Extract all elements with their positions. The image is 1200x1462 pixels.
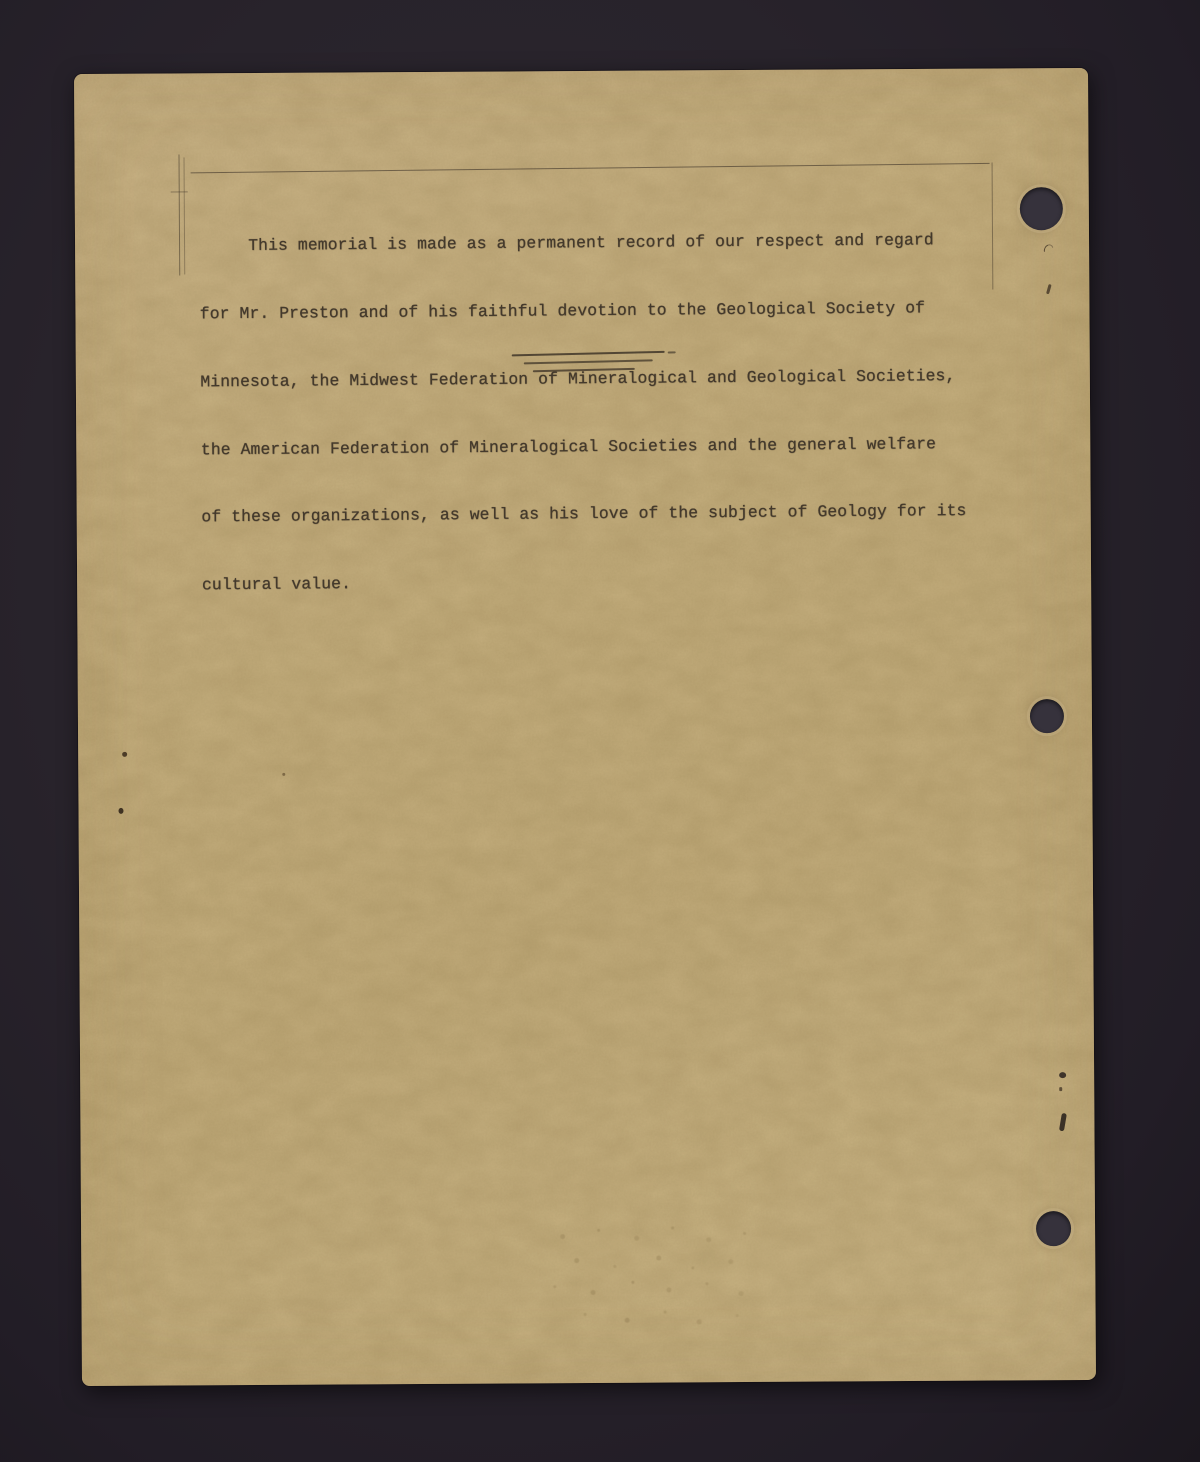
ink-speck — [1059, 1087, 1062, 1091]
document-page: This memorial is made as a permanent rec… — [74, 68, 1096, 1386]
ink-speck — [1046, 284, 1052, 294]
memorial-line: This memorial is made as a permanent rec… — [199, 229, 991, 258]
memorial-line: of these organizations, as well as his l… — [201, 500, 993, 529]
scanner-background: This memorial is made as a permanent rec… — [0, 0, 1200, 1462]
ink-speck — [122, 752, 127, 757]
memorial-line: cultural value. — [202, 568, 994, 597]
frame-rule-left-tick — [171, 191, 188, 192]
typed-divider-rule — [668, 351, 676, 353]
memorial-line: for Mr. Preston and of his faithful devo… — [200, 297, 992, 326]
frame-rule-top — [191, 163, 990, 174]
punch-hole-top — [1020, 187, 1063, 230]
memorial-line: the American Federation of Mineralogical… — [201, 432, 993, 461]
punch-hole-bottom — [1036, 1211, 1071, 1246]
ink-speck — [1059, 1113, 1066, 1131]
ink-speck — [118, 808, 123, 814]
memorial-paragraph: This memorial is made as a permanent rec… — [199, 184, 995, 642]
frame-rule-left-outer — [178, 154, 180, 275]
frame-rule-right — [992, 162, 994, 289]
ink-speck — [282, 773, 285, 776]
ink-speck — [1059, 1072, 1066, 1078]
frame-rule-left-inner — [184, 157, 186, 274]
bleed-through-smudge — [539, 1223, 542, 1226]
ink-speck — [1042, 243, 1055, 257]
punch-hole-middle — [1030, 699, 1064, 733]
